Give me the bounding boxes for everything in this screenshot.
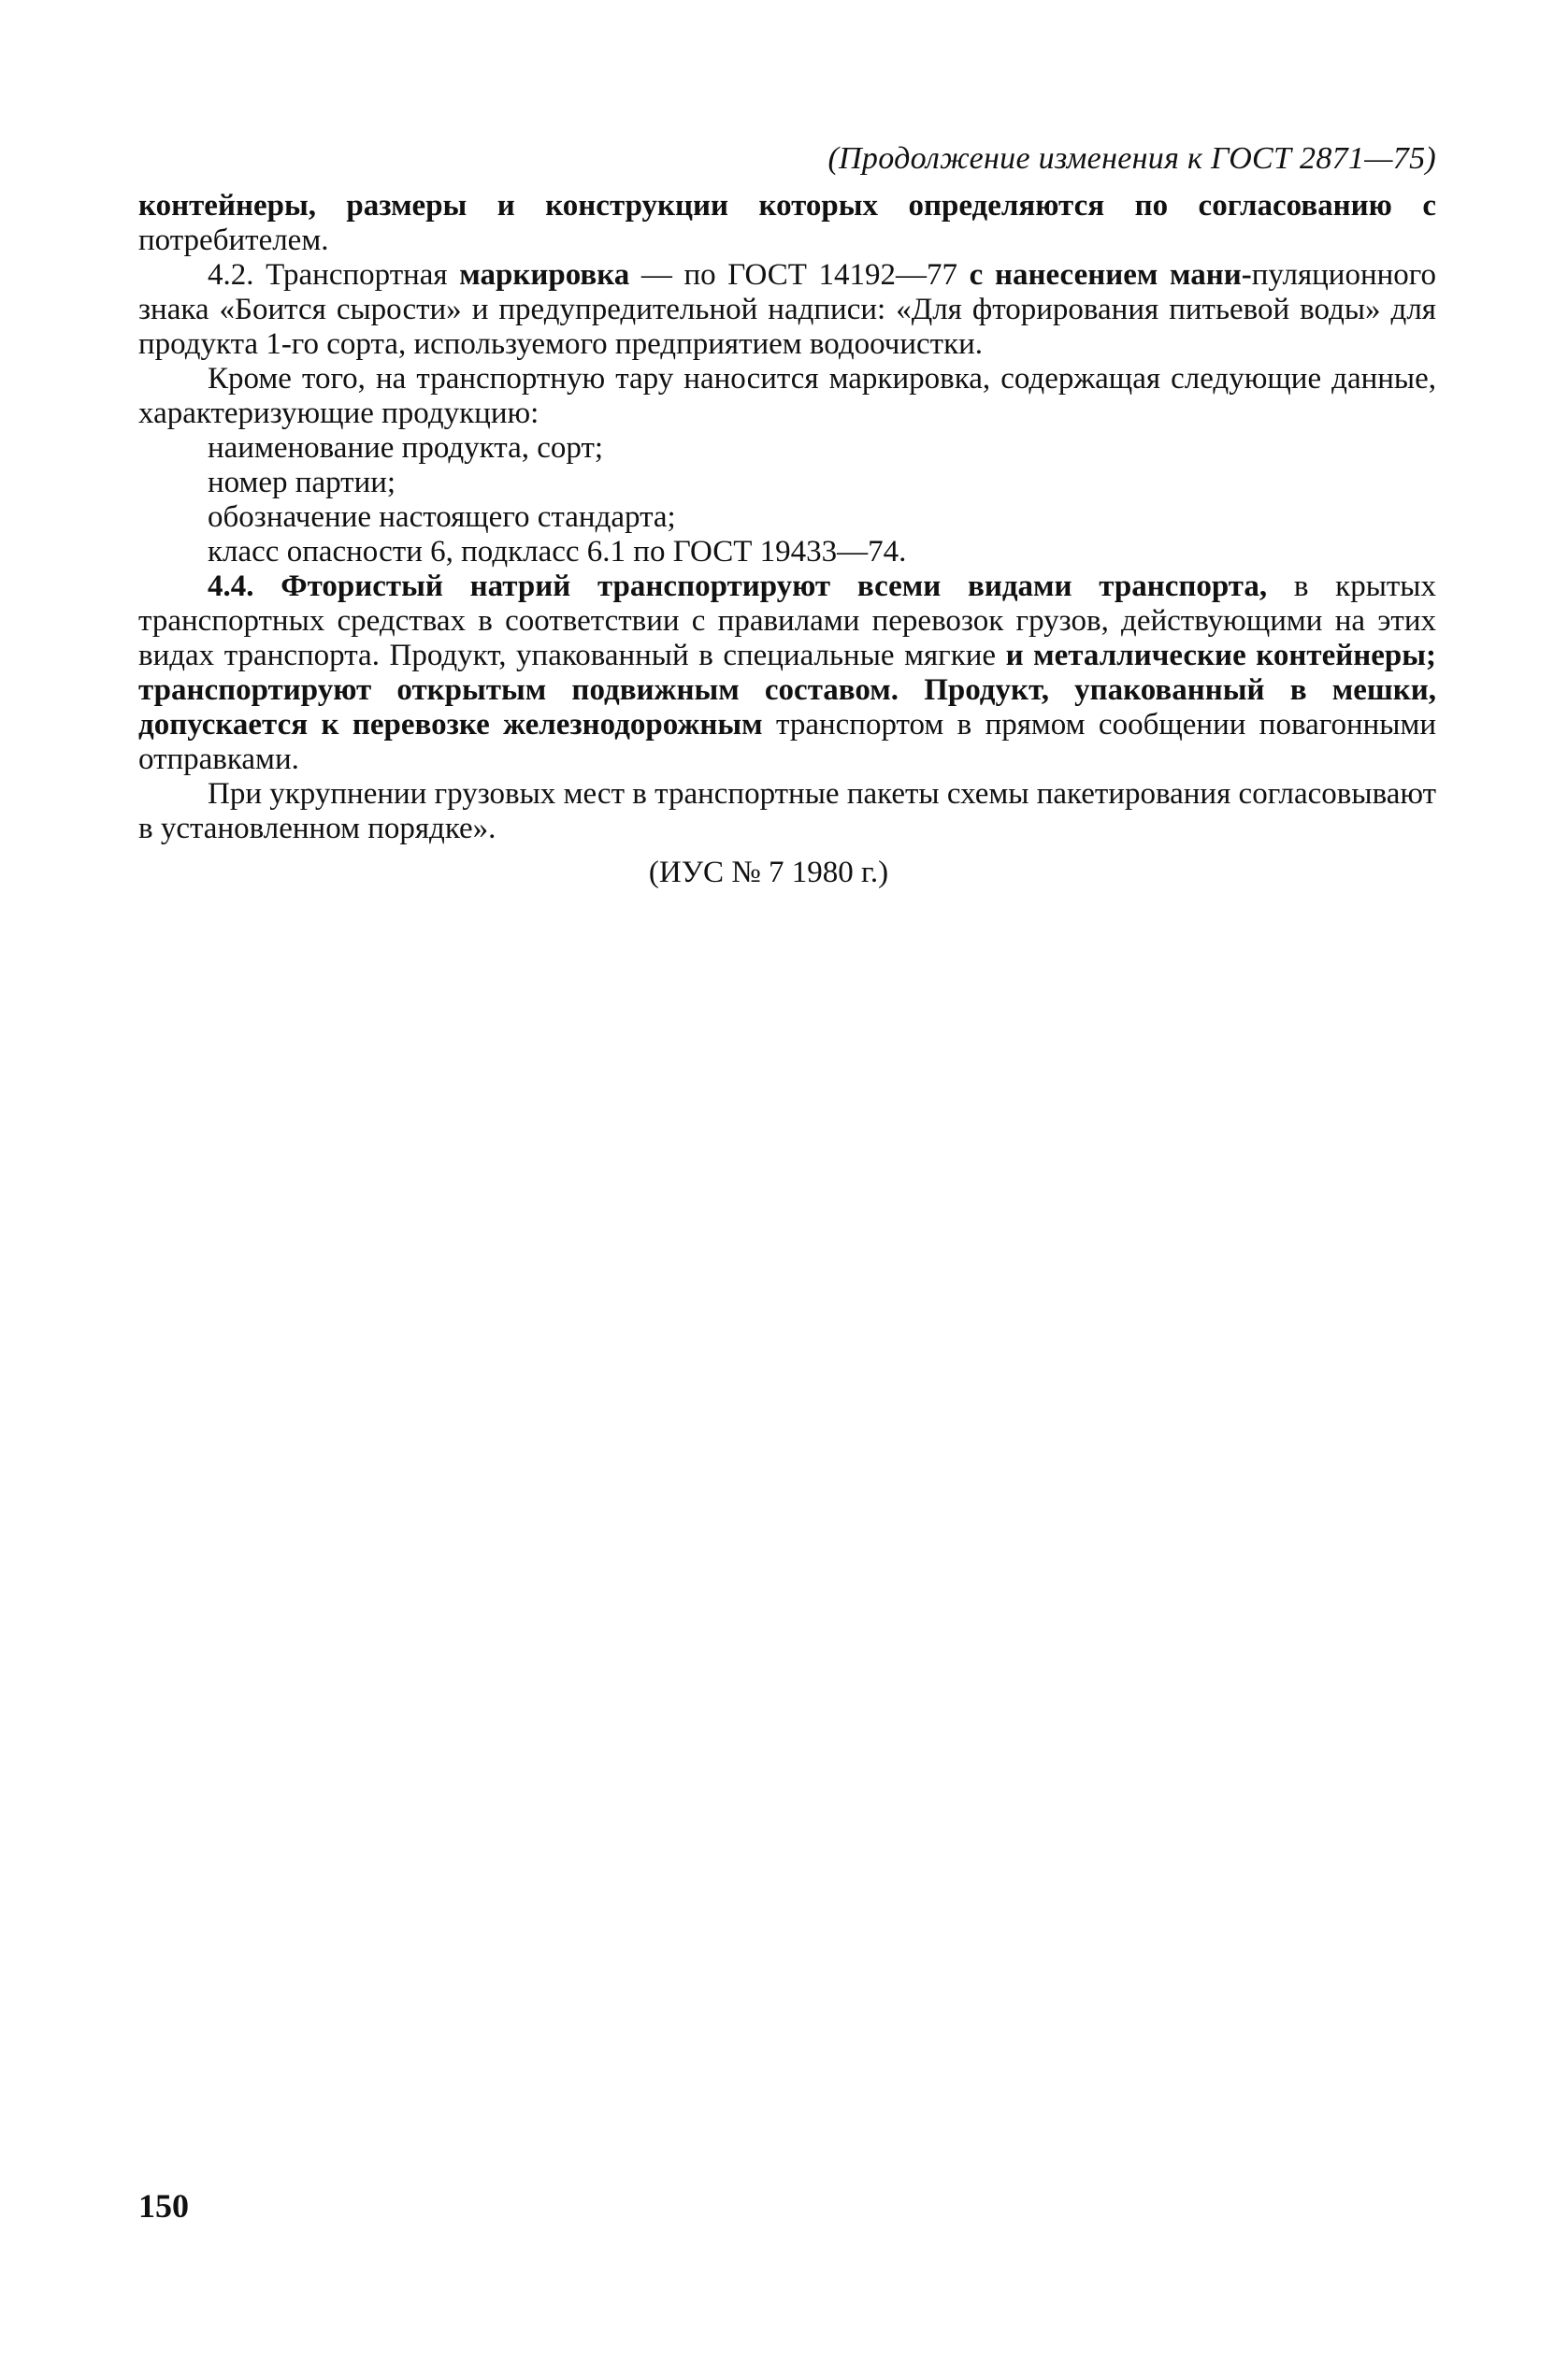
list-item: обозначение настоящего стандарта; — [208, 500, 1436, 535]
ius-reference: (ИУС № 7 1980 г.) — [138, 856, 1436, 890]
list-item: наименование продукта, сорт; — [208, 431, 1436, 466]
paragraph-packaging: При укрупнении грузовых мест в транспорт… — [138, 777, 1436, 846]
list-item: класс опасности 6, подкласс 6.1 по ГОСТ … — [208, 535, 1436, 569]
section-4-2-lead: 4.2. Транспортная — [208, 258, 459, 292]
paragraph-text: — по ГОСТ 14192—77 — [629, 258, 969, 292]
document-page: (Продолжение изменения к ГОСТ 2871—75) к… — [138, 140, 1436, 890]
marking-data-list: наименование продукта, сорт; номер парти… — [138, 431, 1436, 569]
page-number: 150 — [138, 2186, 189, 2226]
paragraph-bold-text: контейнеры, размеры и конструкции которы… — [138, 189, 1436, 223]
paragraph-4-4-transport: 4.4. Фтористый натрий транспортируют все… — [138, 569, 1436, 777]
paragraph-4-2-marking: 4.2. Транспортная маркировка — по ГОСТ 1… — [138, 258, 1436, 362]
paragraph-text: потребителем. — [138, 223, 328, 257]
paragraph-additional-marking: Кроме того, на транспортную тару наносит… — [138, 362, 1436, 431]
list-item: номер партии; — [208, 466, 1436, 500]
paragraph-bold-text: 4.4. Фтористый натрий транспортируют все… — [208, 569, 1267, 603]
paragraph-bold-text: с нанесением мани- — [970, 258, 1252, 292]
continuation-header: (Продолжение изменения к ГОСТ 2871—75) — [138, 140, 1436, 178]
paragraph-containers: контейнеры, размеры и конструкции которы… — [138, 189, 1436, 258]
paragraph-bold-text: маркировка — [459, 258, 629, 292]
